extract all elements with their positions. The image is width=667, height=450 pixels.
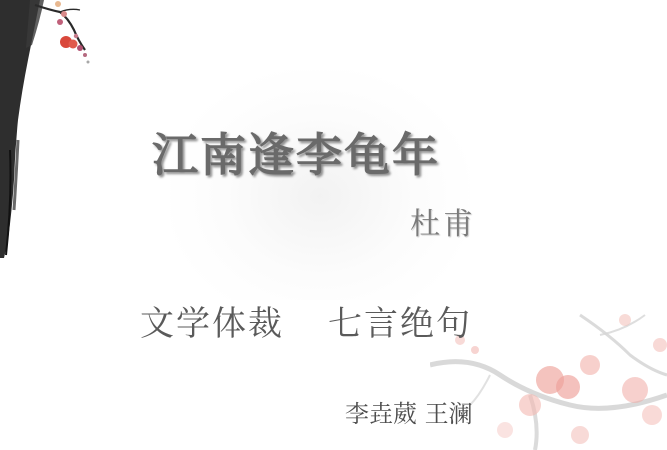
presenter-credits: 李垚葳 王澜 (345, 397, 473, 431)
poem-author: 杜甫 (410, 205, 476, 245)
genre-label: 文学体裁 (140, 300, 284, 348)
plum-blossom-top-decoration (30, 0, 100, 70)
genre-value: 七言绝句 (328, 300, 472, 348)
poem-title: 江南逢李龟年 (152, 125, 440, 185)
slide: 江南逢李龟年 杜甫 文学体裁七言绝句 李垚葳 王澜 (0, 0, 667, 450)
background-wash (170, 70, 470, 300)
genre-row: 文学体裁七言绝句 (140, 300, 472, 348)
